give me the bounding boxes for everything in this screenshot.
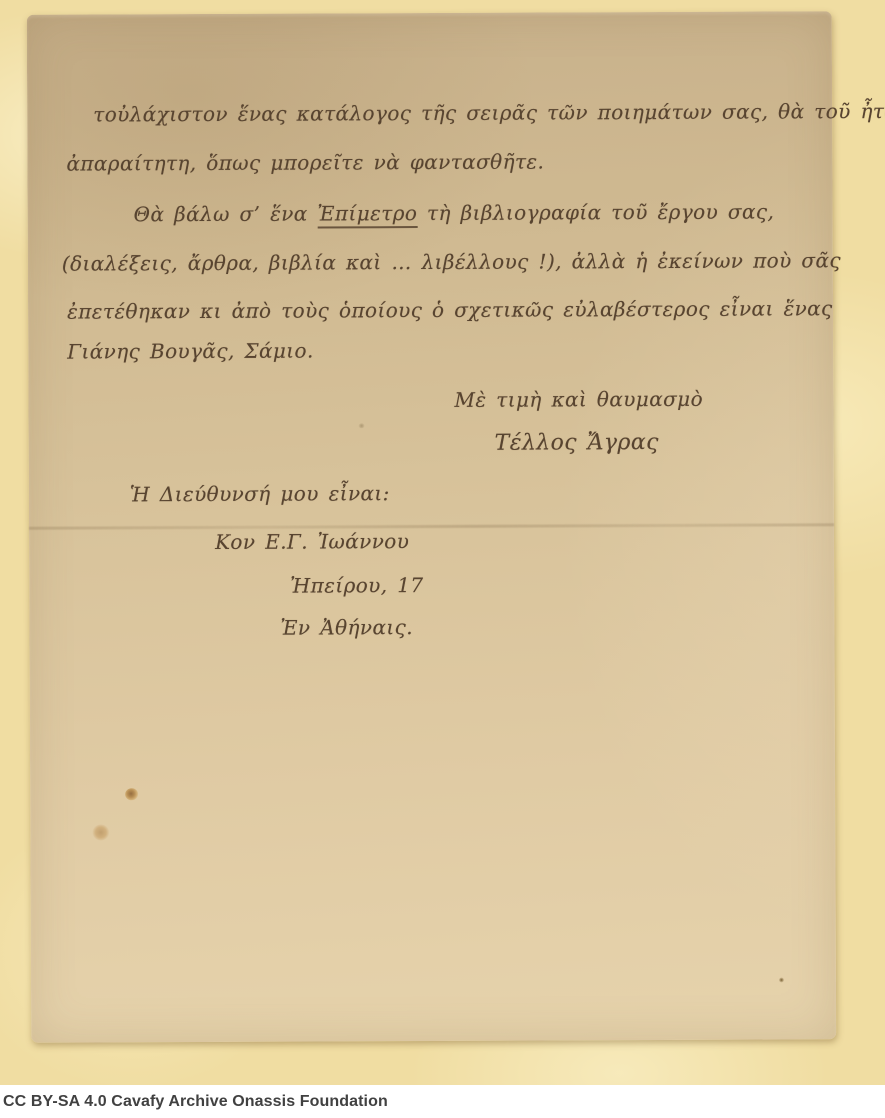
underlined-word-epimetro: Ἐπίμετρο (317, 201, 417, 228)
stain-spot (779, 977, 784, 982)
line-3-text-cont: τὴ βιβλιογραφία τοῦ ἔργου σας, (417, 200, 774, 226)
closing-salutation: Μὲ τιμὴ καὶ θαυμασμὸ (454, 387, 703, 412)
handwritten-line-1: τοὐλάχιστον ἕνας κατάλογος τῆς σειρᾶς τῶ… (93, 99, 885, 127)
license-caption-bar: CC BY-SA 4.0 Cavafy Archive Onassis Foun… (0, 1085, 885, 1118)
line-3-text: Θὰ βάλω σ’ ἕνα (134, 201, 318, 226)
address-city: Ἐν Ἀθήναις. (280, 615, 413, 640)
handwritten-line-5: ἐπετέθηκαν κι ἀπὸ τοὺς ὁποίους ὁ σχετικῶ… (67, 296, 833, 323)
stain-spot (125, 788, 138, 800)
signature: Τέλλος Ἄγρας (495, 430, 659, 456)
stain-spot (359, 423, 365, 428)
address-intro: Ἡ Διεύθυνσή μου εἶναι: (130, 481, 390, 506)
address-name: Κον Ε.Γ. Ἰωάννου (215, 529, 409, 554)
letter-paper-sheet: τοὐλάχιστον ἕνας κατάλογος τῆς σειρᾶς τῶ… (27, 11, 836, 1043)
scanned-document-page: τοὐλάχιστον ἕνας κατάλογος τῆς σειρᾶς τῶ… (0, 0, 885, 1118)
handwritten-line-6: Γιάνης Βουγᾶς, Σάμιο. (67, 339, 314, 364)
handwritten-line-3: Θὰ βάλω σ’ ἕνα Ἐπίμετρο τὴ βιβλιογραφία … (134, 200, 775, 227)
address-street: Ἠπείρου, 17 (290, 573, 423, 598)
handwritten-line-2: ἀπαραίτητη, ὅπως μπορεῖτε νὰ φαντασθῆτε. (66, 150, 544, 176)
fold-crease (29, 523, 834, 530)
handwritten-line-4: (διαλέξεις, ἄρθρα, βιβλία καὶ … λιβέλλου… (62, 248, 841, 275)
stain-spot (92, 824, 109, 840)
license-caption-text: CC BY-SA 4.0 Cavafy Archive Onassis Foun… (0, 1093, 388, 1111)
